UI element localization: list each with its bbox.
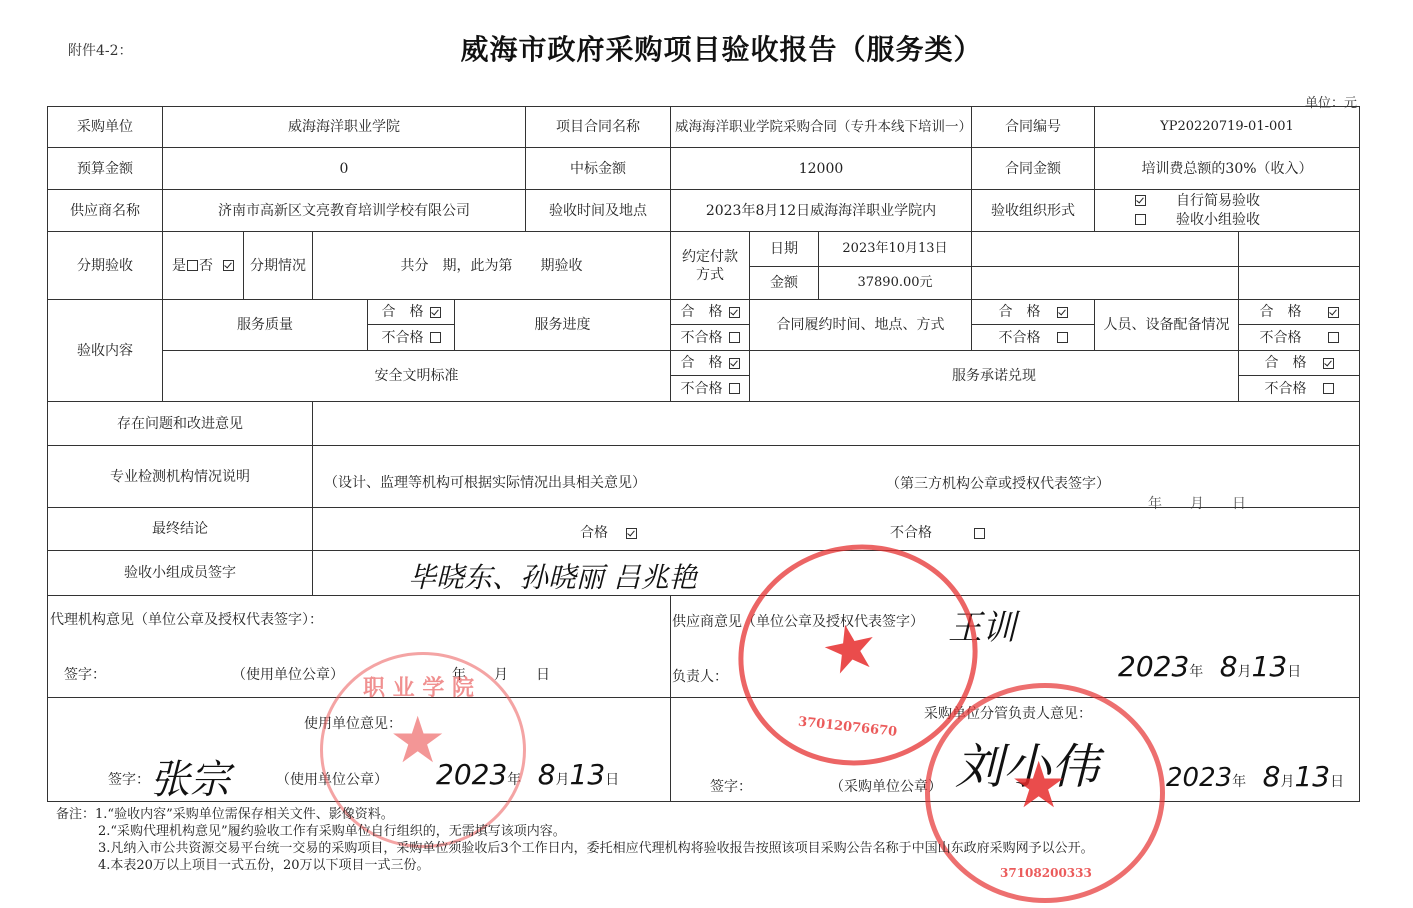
installment-yes-checkbox[interactable]	[187, 260, 198, 271]
installment-detail-label: 分期情况	[243, 231, 313, 300]
page-title: 威海市政府采购项目验收报告（服务类）	[0, 28, 1413, 68]
pass-cell[interactable]: 合 格	[1238, 299, 1360, 325]
acceptance-label: 验收内容	[47, 299, 163, 402]
note-item: 1.“验收内容”采购单位需保存相关文件、影像资料。	[95, 807, 394, 822]
user-signature: 张宗	[150, 748, 230, 805]
members-signature: 毕晓东、孙晓丽 吕兆艳	[408, 556, 697, 596]
agent-date: 年 月 日	[452, 664, 550, 684]
purchaser-label: 采购单位	[47, 106, 163, 148]
pass-cell[interactable]: 合 格	[670, 299, 750, 325]
installment-yes-no: 是否	[162, 231, 244, 300]
payment-date-value: 2023年10月13日	[818, 231, 972, 267]
user-date: 2023年 8月13日	[436, 758, 619, 791]
user-opinion-label: 使用单位意见：	[304, 713, 402, 733]
user-seal-note: （使用单位公章）	[276, 769, 388, 789]
checkbox-checked-icon[interactable]	[1057, 307, 1068, 318]
supplier-signature: 王训	[948, 600, 1016, 649]
payment-blank-4	[1238, 266, 1360, 300]
contract-name-label: 项目合同名称	[525, 106, 671, 148]
installment-label: 分期验收	[47, 231, 163, 300]
acceptance-item-service-quality: 服务质量	[162, 299, 368, 351]
payment-date-label: 日期	[749, 231, 819, 267]
inspection-note: （设计、监理等机构可根据实际情况出具相关意见）	[324, 472, 646, 492]
checkbox-checked-icon[interactable]	[430, 307, 441, 318]
payment-amount-value: 37890.00元	[818, 266, 972, 300]
agent-sign-label: 签字：	[64, 664, 106, 684]
issues-value[interactable]	[312, 401, 1360, 446]
issues-label: 存在问题和改进意见	[47, 401, 313, 446]
accept-form-option-group[interactable]: 验收小组验收	[1135, 211, 1260, 230]
supplier-label: 供应商名称	[47, 189, 163, 232]
inspection-label: 专业检测机构情况说明	[47, 445, 313, 508]
pass-cell[interactable]: 合 格	[367, 299, 455, 325]
fail-cell[interactable]: 不合格	[1238, 375, 1360, 402]
fail-cell[interactable]: 不合格	[971, 324, 1095, 351]
payment-blank-3	[971, 266, 1239, 300]
fail-cell[interactable]: 不合格	[670, 375, 750, 402]
checkbox-empty-icon[interactable]	[430, 332, 441, 343]
acceptance-item-safety: 安全文明标准	[162, 350, 671, 402]
payment-amount-label: 金额	[749, 266, 819, 300]
accept-form-label: 验收组织形式	[971, 189, 1095, 232]
checkbox-checked-icon[interactable]	[1328, 307, 1339, 318]
notes: 备注：1.“验收内容”采购单位需保存相关文件、影像资料。 2.“采购代理机构意见…	[56, 806, 1094, 874]
contract-no-value: YP20220719-01-001	[1094, 106, 1360, 148]
conclusion-label: 最终结论	[47, 507, 313, 551]
fail-cell[interactable]: 不合格	[670, 324, 750, 351]
checkbox-checked-icon[interactable]	[1135, 195, 1146, 206]
note-item: 2.“采购代理机构意见”履约验收工作有采购单位自行组织的，无需填写该项内容。	[56, 823, 1094, 840]
bid-amount-value: 12000	[670, 147, 972, 190]
contract-amount-label: 合同金额	[971, 147, 1095, 190]
purchaser-signature: 刘小伟	[955, 728, 1099, 797]
checkbox-checked-icon[interactable]	[1323, 358, 1334, 369]
checkbox-empty-icon[interactable]	[729, 332, 740, 343]
payment-blank-1	[971, 231, 1239, 267]
checkbox-empty-icon[interactable]	[729, 383, 740, 394]
purchaser-value: 威海海洋职业学院	[162, 106, 526, 148]
checkbox-empty-icon[interactable]	[1135, 214, 1146, 225]
contract-no-label: 合同编号	[971, 106, 1095, 148]
members-label: 验收小组成员签字	[47, 550, 313, 596]
checkbox-checked-icon[interactable]	[729, 307, 740, 318]
installment-detail: 共分 期，此为第 期验收	[312, 231, 671, 300]
acceptance-item-service-progress: 服务进度	[454, 299, 671, 351]
conclusion-pass[interactable]: 合格	[580, 522, 637, 542]
user-sign-label: 签字：	[108, 769, 150, 789]
bid-amount-label: 中标金额	[525, 147, 671, 190]
acceptance-item-contract-performance: 合同履约时间、地点、方式	[749, 299, 972, 351]
purchaser-seal-note: （采购单位公章）	[830, 776, 942, 796]
supplier-value: 济南市高新区文亮教育培训学校有限公司	[162, 189, 526, 232]
pass-cell[interactable]: 合 格	[1238, 350, 1360, 376]
accept-form-option-self[interactable]: 自行简易验收	[1135, 192, 1260, 211]
fail-cell[interactable]: 不合格	[1238, 324, 1360, 351]
notes-prefix: 备注：	[56, 807, 95, 822]
payment-blank-2	[1238, 231, 1360, 267]
purchaser-sign-label: 签字：	[710, 776, 752, 796]
checkbox-empty-icon[interactable]	[1328, 332, 1339, 343]
acceptance-item-service-promise: 服务承诺兑现	[749, 350, 1239, 402]
payment-label: 约定付款方式	[670, 231, 750, 300]
pass-cell[interactable]: 合 格	[971, 299, 1095, 325]
purchaser-date: 2023年 8月13日	[1166, 760, 1344, 793]
note-item: 4.本表20万以上项目一式五份，20万以下项目一式三份。	[56, 857, 1094, 874]
supplier-head-label: 负责人：	[672, 666, 728, 686]
checkbox-checked-icon[interactable]	[729, 358, 740, 369]
agent-seal-note: （使用单位公章）	[232, 664, 344, 684]
pass-cell[interactable]: 合 格	[670, 350, 750, 376]
checkbox-empty-icon[interactable]	[974, 528, 985, 539]
accept-time-value: 2023年8月12日威海海洋职业学院内	[670, 189, 972, 232]
acceptance-item-staff-equipment: 人员、设备配备情况	[1094, 299, 1239, 351]
accept-form-options: 自行简易验收 验收小组验收	[1094, 189, 1360, 232]
conclusion-box	[312, 507, 1360, 551]
fail-cell[interactable]: 不合格	[367, 324, 455, 351]
contract-amount-value: 培训费总额的30%（收入）	[1094, 147, 1360, 190]
agent-opinion-label: 代理机构意见（单位公章及授权代表签字）：	[50, 609, 323, 629]
checkbox-checked-icon[interactable]	[626, 528, 637, 539]
inspection-sign-note: （第三方机构公章或授权代表签字）	[886, 473, 1110, 493]
budget-label: 预算金额	[47, 147, 163, 190]
supplier-opinion-label: 供应商意见（单位公章及授权代表签字）	[672, 611, 924, 631]
accept-time-label: 验收时间及地点	[525, 189, 671, 232]
budget-value: 0	[162, 147, 526, 190]
note-item: 3.凡纳入市公共资源交易平台统一交易的采购项目，采购单位须验收后3个工作日内，委…	[56, 840, 1094, 857]
purchaser-opinion-label: 采购单位分管负责人意见：	[924, 703, 1092, 723]
installment-no-checkbox[interactable]	[223, 260, 234, 271]
supplier-date: 2023年 8月13日	[1118, 650, 1301, 683]
conclusion-fail[interactable]: 不合格	[890, 522, 985, 542]
checkbox-empty-icon[interactable]	[1057, 332, 1068, 343]
checkbox-empty-icon[interactable]	[1323, 383, 1334, 394]
contract-name-value: 威海海洋职业学院采购合同（专升本线下培训一）	[670, 106, 972, 148]
